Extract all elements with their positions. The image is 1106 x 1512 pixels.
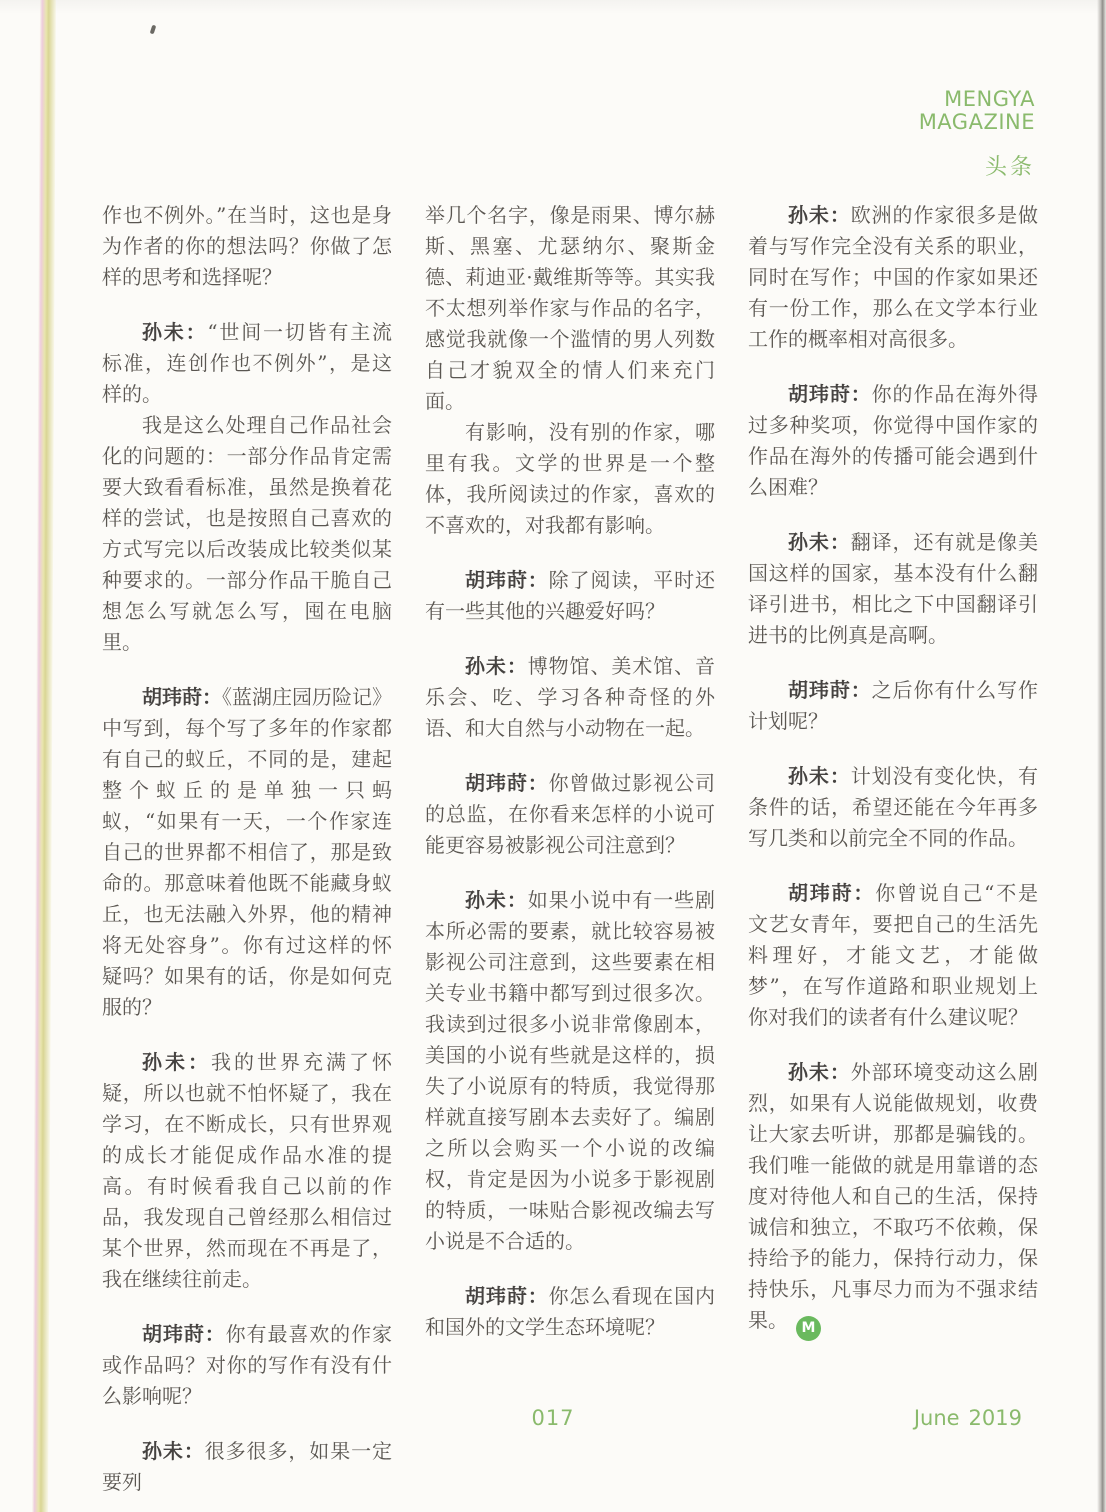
speaker-label: 胡玮莳： — [465, 771, 549, 795]
speaker-label: 孙未： — [788, 530, 851, 554]
magazine-page: MENGYA MAGAZINE 头条 作也不例外。”在当时，这也是身为作者的你的… — [0, 0, 1106, 1512]
speaker-label: 孙未： — [142, 1439, 205, 1463]
scan-edge — [1097, 0, 1106, 1512]
speaker-label: 胡玮莳： — [788, 382, 872, 406]
magazine-name-line2: MAGAZINE — [919, 111, 1035, 134]
speaker-label: 胡玮莳： — [788, 678, 872, 702]
issue-month: June — [914, 1406, 960, 1430]
interview-paragraph: 胡玮莳：你曾说自己“不是文艺女青年，要把自己的生活先料理好，才能文艺，才能做梦”… — [748, 878, 1038, 1033]
speaker-label: 胡玮莳： — [465, 568, 549, 592]
interview-paragraph: 孙未：计划没有变化快，有条件的话，希望还能在今年再多写几类和以前完全不同的作品。 — [748, 761, 1038, 854]
speaker-label: 胡玮莳： — [142, 1322, 226, 1346]
interview-paragraph: 胡玮莳：之后你有什么写作计划呢？ — [748, 675, 1038, 737]
speaker-label: 孙未： — [465, 888, 528, 912]
scan-artifact — [150, 25, 157, 35]
interview-paragraph: 孙未：“世间一切皆有主流标准，连创作也不例外”，是这样的。 — [102, 317, 392, 410]
interview-paragraph: 胡玮莳：你有最喜欢的作家或作品吗？对你的写作有没有什么影响呢？ — [102, 1319, 392, 1412]
interview-paragraph: 孙未：如果小说中有一些剧本所必需的要素，就比较容易被影视公司注意到，这些要素在相… — [425, 885, 715, 1257]
speaker-label: 孙未： — [142, 1050, 211, 1074]
article-column-3: 孙未：欧洲的作家很多是做着与写作完全没有关系的职业，同时在写作；中国的作家如果还… — [748, 200, 1038, 1498]
speaker-label: 孙未： — [465, 654, 528, 678]
speaker-label: 孙未： — [788, 764, 851, 788]
issue-year: 2019 — [969, 1406, 1022, 1430]
interview-paragraph: 举几个名字，像是雨果、博尔赫斯、黑塞、尤瑟纳尔、聚斯金德、莉迪亚·戴维斯等等。其… — [425, 200, 715, 417]
article-columns: 作也不例外。”在当时，这也是身为作者的你的想法吗？你做了怎样的思考和选择呢？孙未… — [102, 200, 1038, 1498]
interview-paragraph: 我是这么处理自己作品社会化的问题的：一部分作品肯定需要大致看看标准，虽然是换着花… — [102, 410, 392, 658]
section-label: 头条 — [919, 150, 1035, 181]
interview-paragraph: 胡玮莳：除了阅读，平时还有一些其他的兴趣爱好吗？ — [425, 565, 715, 627]
article-column-2: 举几个名字，像是雨果、博尔赫斯、黑塞、尤瑟纳尔、聚斯金德、莉迪亚·戴维斯等等。其… — [425, 200, 715, 1498]
interview-paragraph: 胡玮莳：你曾做过影视公司的总监，在你看来怎样的小说可能更容易被影视公司注意到？ — [425, 768, 715, 861]
interview-paragraph: 有影响，没有别的作家，哪里有我。文学的世界是一个整体，我所阅读过的作家，喜欢的不… — [425, 417, 715, 541]
article-end-mark-icon: M — [796, 1316, 821, 1341]
article-column-1: 作也不例外。”在当时，这也是身为作者的你的想法吗？你做了怎样的思考和选择呢？孙未… — [102, 200, 392, 1498]
interview-paragraph: 胡玮莳：《蓝湖庄园历险记》中写到，每个写了多年的作家都有自己的蚁丘，不同的是，建… — [102, 682, 392, 1023]
interview-paragraph: 胡玮莳：你的作品在海外得过多种奖项，你觉得中国作家的作品在海外的传播可能会遇到什… — [748, 379, 1038, 503]
speaker-label: 孙未： — [788, 1060, 851, 1084]
magazine-name: MENGYA MAGAZINE — [919, 88, 1035, 134]
interview-paragraph: 孙未：博物馆、美术馆、音乐会、吃、学习各种奇怪的外语、和大自然与小动物在一起。 — [425, 651, 715, 744]
interview-paragraph: 孙未：欧洲的作家很多是做着与写作完全没有关系的职业，同时在写作；中国的作家如果还… — [748, 200, 1038, 355]
interview-paragraph: 孙未：我的世界充满了怀疑，所以也就不怕怀疑了，我在学习，在不断成长，只有世界观的… — [102, 1047, 392, 1295]
interview-paragraph: 胡玮莳：你怎么看现在国内和国外的文学生态环境呢？ — [425, 1281, 715, 1343]
interview-paragraph: 孙未：外部环境变动这么剧烈，如果有人说能做规划，收费让大家去听讲，那都是骗钱的。… — [748, 1057, 1038, 1341]
interview-paragraph: 作也不例外。”在当时，这也是身为作者的你的想法吗？你做了怎样的思考和选择呢？ — [102, 200, 392, 293]
page-footer: 017 June2019 — [0, 1406, 1106, 1436]
speaker-label: 孙未： — [142, 320, 207, 344]
masthead: MENGYA MAGAZINE 头条 — [919, 88, 1035, 181]
speaker-label: 胡玮莳： — [142, 685, 222, 709]
speaker-label: 胡玮莳： — [465, 1284, 549, 1308]
speaker-label: 孙未： — [788, 203, 851, 227]
issue-date: June2019 — [914, 1406, 1022, 1430]
page-binding-edge — [32, 0, 56, 1512]
interview-paragraph: 孙未：翻译，还有就是像美国这样的国家，基本没有什么翻译引进书，相比之下中国翻译引… — [748, 527, 1038, 651]
speaker-label: 胡玮莳： — [788, 881, 875, 905]
interview-paragraph: 孙未：很多很多，如果一定要列 — [102, 1436, 392, 1498]
magazine-name-line1: MENGYA — [919, 88, 1035, 111]
